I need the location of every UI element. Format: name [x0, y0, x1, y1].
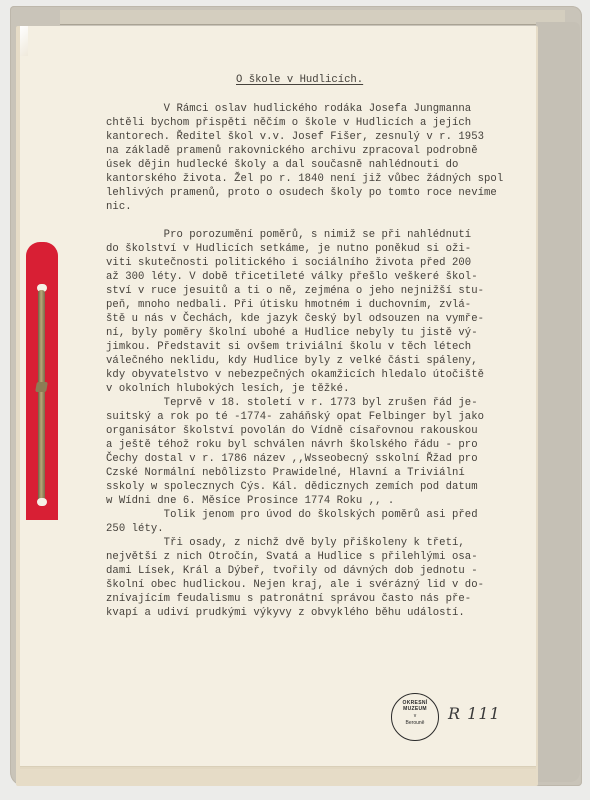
text-line: kvapí a udiví prudkými výkyvy z obvykléh… [106, 606, 465, 620]
text-line: ství v ruce jesuitů a ti o ně, zejména o… [106, 284, 484, 298]
text-line: do školství v Hudlicích setkáme, je nutn… [106, 242, 471, 256]
text-line: organisátor školství povolán do Vídně cí… [106, 424, 478, 438]
stamp-bottom-text: Berouně [392, 720, 438, 726]
text-line: válečného neklidu, kdy Hudlice byly z ve… [106, 354, 478, 368]
red-binder-strip [26, 242, 58, 520]
text-line: v okolních hlubokých lesích, je těžké. [106, 382, 349, 396]
text-line: ště u nás v Čechách, kde jazyk český byl… [106, 312, 484, 326]
text-line: dami Lísek, Král a Dýbeř, tvořily od dáv… [106, 564, 478, 578]
text-line: kdy obyvatelstvo v nebezpečných okamžicí… [106, 368, 484, 382]
text-line: nic. [106, 200, 132, 214]
handwritten-archive-number: R 111 [448, 704, 501, 723]
text-line: jimkou. Představit si ovšem triviální šk… [106, 340, 471, 354]
text-line: chtěli bychom přispěti něčím o škole v H… [106, 116, 471, 130]
fastener-bend [35, 382, 48, 392]
binder-hole-bottom [37, 498, 47, 506]
text-line: 250 léty. [106, 522, 164, 536]
text-line: Tři osady, z nichž dvě byly přiškoleny k… [106, 536, 465, 550]
text-line: V Rámci oslav hudlického rodáka Josefa J… [106, 102, 471, 116]
metal-fastener-icon [38, 290, 45, 502]
text-line: ní, byly poměry školní ubohé a Hudlice n… [106, 326, 478, 340]
text-line: až 300 léty. V době třicetileté války př… [106, 270, 478, 284]
page-corner-fold [20, 26, 28, 56]
text-line: suitský a rok po té -1774- zaháňský opat… [106, 410, 484, 424]
stamp-top-text: OKRESNÍ MUZEUM [392, 700, 438, 712]
text-line: znívajícím feudalismu s patronátní správ… [106, 592, 471, 606]
museum-stamp: OKRESNÍ MUZEUM v Berouně [391, 693, 439, 741]
text-line: Čechy dostal v r. 1786 název ,,Wsseobecn… [106, 452, 478, 466]
text-line: Tolik jenom pro úvod do školských poměrů… [106, 508, 478, 522]
text-line: w Wídni dne 6. Měsíce Prosince 1774 Roku… [106, 494, 394, 508]
text-line: viti skutečnosti politického i sociálníh… [106, 256, 471, 270]
text-line: úsek dějin hudlecké školy a dal současně… [106, 158, 458, 172]
text-line: kantorského života. Žel po r. 1840 není … [106, 172, 503, 186]
document-title: O škole v Hudlicích. [236, 74, 363, 86]
text-line: na základě pramenů rakovnického archivu … [106, 144, 478, 158]
folder-top-edge [60, 10, 565, 25]
text-line: Czské Normální nebôlizsto Prawidelné, Hl… [106, 466, 465, 480]
text-line: kantorech. Ředitel škol v.v. Josef Fišer… [106, 130, 484, 144]
text-line: Teprvě v 18. století v r. 1773 byl zruše… [106, 396, 478, 410]
text-line: peň, mnoho nedbali. Při útisku hmotném i… [106, 298, 471, 312]
scanned-document-scene: O škole v Hudlicích. V Rámci oslav hudli… [0, 0, 590, 800]
text-line: a ještě téhož roku byl schválen návrh šk… [106, 438, 478, 452]
text-line: školní obec hudlickou. Nejen kraj, ale i… [106, 578, 484, 592]
stamp-mid-text: v [392, 713, 438, 719]
text-line: lehlivých pramenů, proto o osudech školy… [106, 186, 497, 200]
text-line: největší z nich Otročín, Svatá a Hudlice… [106, 550, 478, 564]
folder-right-edge [536, 22, 580, 782]
text-line: Pro porozumění poměrů, s nimiž se při na… [106, 228, 471, 242]
text-line: sskoly w spolecznych Cýs. Kál. dědicznyc… [106, 480, 478, 494]
